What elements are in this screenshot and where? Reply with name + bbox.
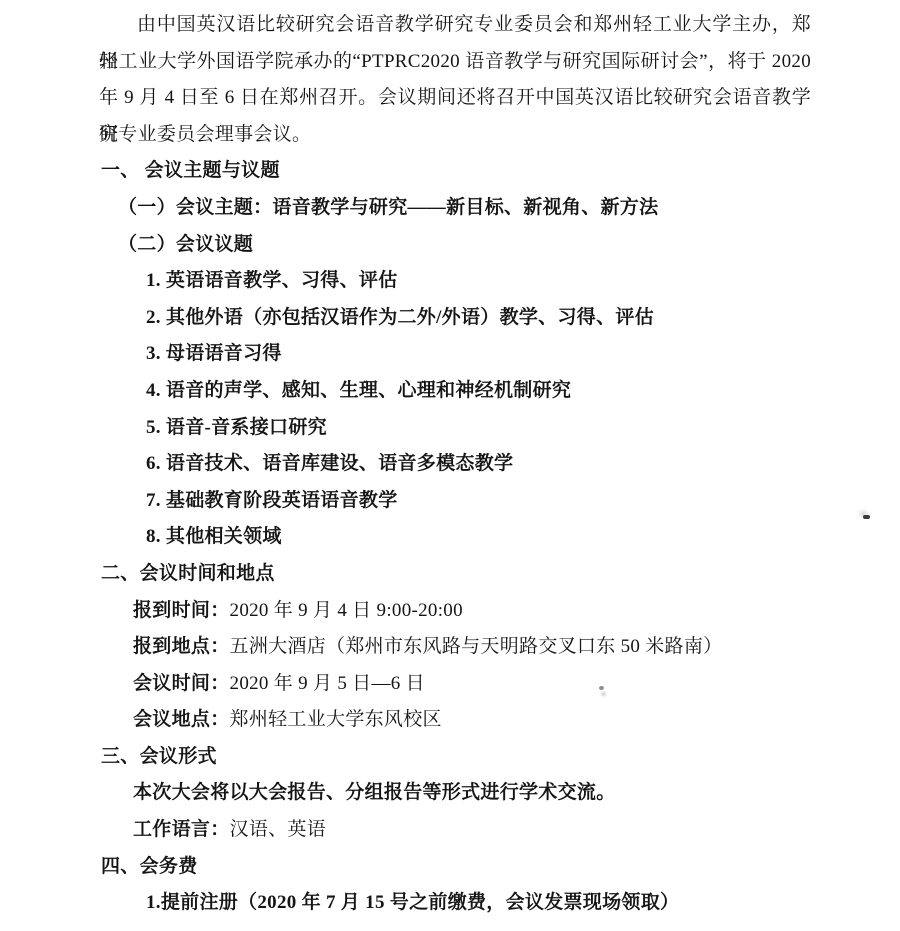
- topic-item-2: 2. 其他外语（亦包括汉语作为二外/外语）教学、习得、评估: [146, 300, 900, 337]
- conference-place-value: 郑州轻工业大学东风校区: [230, 709, 442, 730]
- topic-item-7: 7. 基础教育阶段英语语音教学: [146, 483, 900, 520]
- conference-time-value: 2020 年 9 月 5 日—6 日: [230, 673, 425, 694]
- section-2-heading: 二、会议时间和地点: [101, 556, 900, 593]
- scan-artifact-speck: [863, 515, 870, 519]
- conference-place-label: 会议地点：: [133, 709, 230, 730]
- intro-line-4: 究专业委员会理事会议。: [99, 117, 811, 154]
- early-registration-line: 1.提前注册（2020 年 7 月 15 号之前缴费，会议发票现场领取）: [146, 885, 900, 922]
- working-language-value: 汉语、英语: [230, 819, 327, 840]
- conference-time-row: 会议时间：2020 年 9 月 5 日—6 日: [133, 666, 900, 703]
- checkin-place-label: 报到地点：: [133, 636, 230, 657]
- conference-time-label: 会议时间：: [133, 673, 230, 694]
- checkin-place-value: 五洲大酒店（郑州市东风路与天明路交叉口东 50 米路南）: [230, 636, 723, 657]
- intro-line-1: 由中国英汉语比较研究会语音教学研究专业委员会和郑州轻工业大学主办，郑州: [99, 7, 811, 44]
- conference-format-line: 本次大会将以大会报告、分组报告等形式进行学术交流。: [133, 775, 900, 812]
- section-1-heading: 一、 会议主题与议题: [101, 153, 900, 190]
- topic-item-4: 4. 语音的声学、感知、生理、心理和神经机制研究: [146, 373, 900, 410]
- conference-issues-heading: （二）会议议题: [118, 227, 900, 264]
- working-language-row: 工作语言：汉语、英语: [133, 812, 900, 849]
- topic-item-8: 8. 其他相关领域: [146, 519, 900, 556]
- conference-place-row: 会议地点：郑州轻工业大学东风校区: [133, 702, 900, 739]
- topic-item-3: 3. 母语语音习得: [146, 336, 900, 373]
- section-3-heading: 三、会议形式: [101, 739, 900, 776]
- scanned-document-page: { "doc": { "intro": [ "由中国英汉语比较研究会语音教学研究…: [0, 0, 900, 931]
- working-language-label: 工作语言：: [133, 819, 230, 840]
- checkin-time-row: 报到时间：2020 年 9 月 4 日 9:00-20:00: [133, 593, 900, 630]
- intro-line-3: 年 9 月 4 日至 6 日在郑州召开。会议期间还将召开中国英汉语比较研究会语音…: [99, 80, 811, 117]
- topic-item-5: 5. 语音-音系接口研究: [146, 410, 900, 447]
- checkin-time-label: 报到时间：: [133, 600, 230, 621]
- scan-artifact-speck: [599, 686, 604, 690]
- document-body: 由中国英汉语比较研究会语音教学研究专业委员会和郑州轻工业大学主办，郑州 轻工业大…: [0, 7, 900, 922]
- topic-item-6: 6. 语音技术、语音库建设、语音多模态教学: [146, 446, 900, 483]
- conference-theme-line: （一）会议主题：语音教学与研究——新目标、新视角、新方法: [118, 190, 900, 227]
- topic-item-1: 1. 英语语音教学、习得、评估: [146, 263, 900, 300]
- checkin-place-row: 报到地点：五洲大酒店（郑州市东风路与天明路交叉口东 50 米路南）: [133, 629, 900, 666]
- intro-line-2: 轻工业大学外国语学院承办的“PTPRC2020 语音教学与研究国际研讨会”，将于…: [99, 44, 811, 81]
- section-4-heading: 四、会务费: [101, 849, 900, 886]
- checkin-time-value: 2020 年 9 月 4 日 9:00-20:00: [230, 600, 463, 621]
